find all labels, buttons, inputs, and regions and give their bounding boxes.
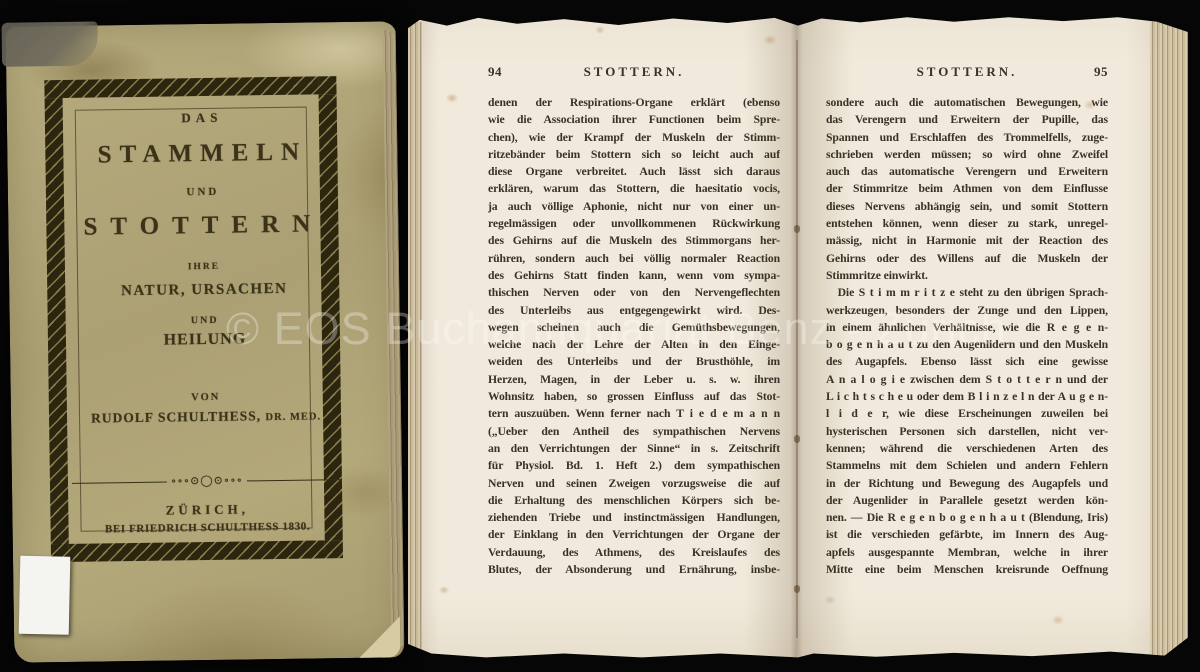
- header-spacer: [684, 64, 780, 80]
- text-line: schrieben werden müssen; so wird ohne Zw…: [826, 146, 1108, 163]
- stitch-knot: [794, 225, 800, 233]
- text-line: der Einklang in den Verrichtungen der Or…: [488, 526, 780, 543]
- text-line: an den Verrichtungen der Sinne“ in s. Ze…: [488, 440, 780, 457]
- page-95-text: sondere auch die automatischen Bewegunge…: [826, 94, 1108, 578]
- ornament-rule-right: [247, 479, 342, 481]
- page-94-text: denen der Respirations-Organe erklärt (e…: [488, 94, 780, 578]
- text-line: diese Organe verbreitet. Auch lässt sich…: [488, 163, 780, 180]
- text-line: tern auszuüben. Wenn ferner nach T i e d…: [488, 405, 780, 422]
- cover-title-line-2: STOTTERN: [8, 209, 398, 242]
- text-line: Stimmritze einwirkt.: [826, 267, 1108, 284]
- text-line: des Gehirns auf die Muskeln des Stimmorg…: [488, 232, 780, 249]
- header-spacer: [826, 64, 917, 80]
- text-line: ziehenden Triebe und instinctmässigen Ha…: [488, 509, 780, 526]
- text-line: denen der Respirations-Organe erklärt (e…: [488, 94, 780, 111]
- text-line: sondere auch die automatischen Bewegunge…: [826, 94, 1108, 111]
- text-line: ritzebänder beim Stottern sich so leicht…: [488, 146, 780, 163]
- text-line: Die S t i m m r i t z e steht zu den übr…: [826, 284, 1108, 301]
- text-line: der Augenlider in Parallele gesetzt werd…: [826, 492, 1108, 509]
- cover-damage-patch: [2, 21, 99, 66]
- running-title: STOTTERN.: [584, 64, 685, 80]
- book-cover: DAS STAMMELN UND STOTTERN IHRE NATUR, UR…: [6, 21, 405, 662]
- text-line: kennen; während die verschiedenen Arten …: [826, 440, 1108, 457]
- cover-title-line-1: STAMMELN: [7, 137, 397, 170]
- text-line: Mitte eine beim Menschen kreisrunde Oeff…: [826, 561, 1108, 578]
- text-line: wegen scheinen auch die Gemüthsbewegunge…: [488, 319, 780, 336]
- text-line: Stammelns mit dem Schielen und andern Fe…: [826, 457, 1108, 474]
- book-photograph: DAS STAMMELN UND STOTTERN IHRE NATUR, UR…: [0, 0, 1200, 672]
- stitch-knot: [794, 585, 800, 593]
- text-line: ist die verschieden gefärbte, im Innern …: [826, 526, 1108, 543]
- text-line: des Augapfels. Ebenso lässt sich eine ge…: [826, 353, 1108, 370]
- text-line: weiden des Unterleibs und der Brusthöhle…: [488, 353, 780, 370]
- author-name: RUDOLF SCHULTHESS,: [91, 408, 261, 425]
- text-line: nen. — Die R e g e n b o g e n h a u t (…: [826, 509, 1108, 526]
- text-line: chen), wie der Krampf der Muskeln der St…: [488, 129, 780, 146]
- text-line: werkzeugen, besonders der Zunge und den …: [826, 302, 1108, 319]
- text-line: der Stimmritze beim Athmen von dem Einfl…: [826, 180, 1108, 197]
- text-line: das Verengern und Erweitern der Pupille,…: [826, 111, 1108, 128]
- text-line: thischen Nerven oder von den Nervengefle…: [488, 284, 780, 301]
- text-line: des Gehirns Statt finden kann, wenn vom …: [488, 267, 780, 284]
- text-line: entstehen können, wenn dieser zu stark, …: [826, 215, 1108, 232]
- text-line: dieses Nervens abhängig sein, und somit …: [826, 198, 1108, 215]
- page-number: 95: [1017, 64, 1108, 80]
- text-line: in einem ähnlichen Verhältnisse, wie die…: [826, 319, 1108, 336]
- author-degree: DR. MED.: [265, 411, 321, 423]
- text-line: die Erhaltung des menschlichen Körpers s…: [488, 492, 780, 509]
- text-line: l i d e r, wie diese Erscheinungen zuwei…: [826, 405, 1108, 422]
- text-line: wie die Association ihrer Functionen bei…: [488, 111, 780, 128]
- text-line: Wohnsitz haben, so grossen Einfluss auf …: [488, 388, 780, 405]
- text-line: auch das automatische Verengern und Erwe…: [826, 163, 1108, 180]
- text-line: regelmässigen oder unvollkommenen Rückwi…: [488, 215, 780, 232]
- text-line: Nerven und seinen Zweigen vorzugsweise d…: [488, 475, 780, 492]
- running-title: STOTTERN.: [917, 64, 1018, 80]
- cover-corner-fold: [352, 615, 401, 658]
- stitch-knot: [794, 435, 800, 443]
- text-line: Gehirns oder des Willens auf die Muskeln…: [826, 250, 1108, 267]
- page-94-header: 94 STOTTERN.: [488, 64, 780, 80]
- library-label: [19, 556, 71, 635]
- text-line: Verdauung, des Athmens, des Kreislaufes …: [488, 544, 780, 561]
- text-line: mässig, nicht in Harmonie mit der Reacti…: [826, 232, 1108, 249]
- open-book-spread: 94 STOTTERN. denen der Respirations-Orga…: [408, 14, 1188, 660]
- text-line: L i c h t s c h e u oder dem B l i n z e…: [826, 388, 1108, 405]
- text-line: apfels ausgespannte Membran, welche in i…: [826, 544, 1108, 561]
- text-line: Blutes, der Absonderung und Ernährung, i…: [488, 561, 780, 578]
- text-line: welche nach der Lehre der Alten in den E…: [488, 336, 780, 353]
- ornament-beads: ∘∘∘⊙◯⊙∘∘∘: [167, 475, 247, 486]
- text-line: erklären, warum das Stottern, die haesit…: [488, 180, 780, 197]
- text-line: b o g e n h a u t zu den Augenlidern und…: [826, 336, 1108, 353]
- binding-stitch: [796, 40, 798, 638]
- text-line: rühren, sondern auch bei völlig normaler…: [488, 250, 780, 267]
- text-line: A n a l o g i e zwischen dem S t o t t e…: [826, 371, 1108, 388]
- page-edges-left: [408, 22, 422, 654]
- text-line: Spannen und Erschlaffen des Trommelfells…: [826, 129, 1108, 146]
- text-line: in der Richtung und Bewegung des Augapfe…: [826, 475, 1108, 492]
- text-line: („Ueber den Antheil des sympathischen Ne…: [488, 423, 780, 440]
- text-line: Herzen, Magen, in der Leber u. s. w. ihr…: [488, 371, 780, 388]
- page-edges-right: [1150, 18, 1188, 656]
- text-line: des Unterleibs aus entgegengewirkt wird.…: [488, 302, 780, 319]
- page-number: 94: [488, 64, 584, 80]
- text-line: ja auch völlige Aphonie, nicht nur von e…: [488, 198, 780, 215]
- page-95-header: STOTTERN. 95: [826, 64, 1108, 80]
- text-line: für Physiol. Bd. 1. Heft 2.) dem sympath…: [488, 457, 780, 474]
- ornament-rule-left: [72, 481, 167, 483]
- text-line: hysterischen Personen sich darstellen, n…: [826, 423, 1108, 440]
